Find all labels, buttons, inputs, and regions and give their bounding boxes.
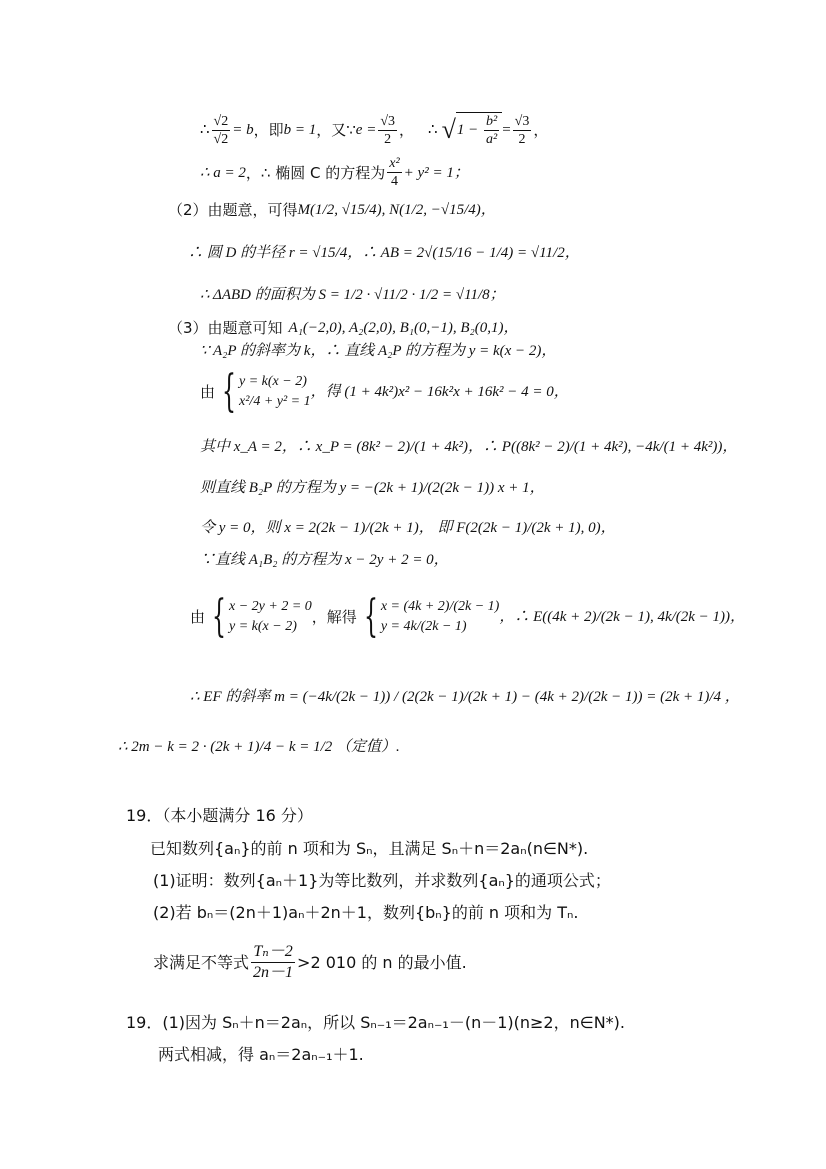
question-19-inequality: 求满足不等式 Tₙ－2 2n－1 >2 010 的 n 的最小值. [153,942,467,983]
equation-system-2: { x − 2y + 2 = 0 y = k(x − 2) [205,595,312,639]
fraction-sqrt2-over-sqrt2: √2 √2 [212,113,231,148]
answer-19-line1: 19．(1)因为 Sₙ＋n＝2aₙ，所以 Sₙ₋₁＝2aₙ₋₁－(n－1)(n≥… [126,1012,625,1034]
fraction-x2-over-4: x² 4 [387,155,401,190]
fraction-eccentricity: √3 2 [378,113,397,148]
part3-system-line: 由 { y = k(x − 2) x²/4 + y² = 1 ，得 (1 + 4… [200,370,569,414]
part3-ef-line: ∴ EF 的斜率 m = (−4k/(2k − 1)) / (2(2k − 1)… [190,687,740,707]
solution-system: { x = (4k + 2)/(2k − 1) y = 4k/(2k − 1) [357,595,500,639]
fraction-sqrt3-over-2: √3 2 [513,113,532,148]
part3-system2-line: 由 { x − 2y + 2 = 0 y = k(x − 2) ，解得 { x … [190,595,745,639]
answer-19-line2: 两式相减，得 aₙ＝2aₙ₋₁＋1. [158,1044,364,1066]
equals-b: = b [232,120,253,140]
inequality-fraction: Tₙ－2 2n－1 [251,942,295,983]
part2-radius-line: ∴ 圆 D 的半径 r = √15/4，∴ AB = 2√(15/16 − 1/… [188,243,580,263]
part3-label-line: （3）由题意可知 A₁(−2,0), A₂(2,0), B₁(0,−1), B₂… [168,318,519,338]
question-19-sub1: (1)证明：数列{aₙ＋1}为等比数列，并求数列{aₙ}的通项公式； [153,870,611,892]
part3-f-line: 令 y = 0，则 x = 2(2k − 1)/(2k + 1)， 即 F(2(… [200,518,616,538]
part3-a1b2-line: ∵直线 A₁B₂ 的方程为 x − 2y + 2 = 0， [200,550,449,570]
part3-final-line: ∴ 2m − k = 2 · (2k + 1)/4 − k = 1/2 （定值）… [118,737,400,757]
part3-slope-line: ∵ A₂P 的斜率为 k，∴ 直线 A₂P 的方程为 y = k(x − 2)， [200,341,556,361]
part3-b2p-line: 则直线 B₂P 的方程为 y = −(2k + 1)/(2(2k − 1)) x… [200,478,545,498]
part3-xp-line: 其中 x_A = 2，∴ x_P = (8k² − 2)/(1 + 4k²)，∴… [200,437,737,457]
sqrt-expression: √ 1 − b²a² [442,112,503,148]
part1-line2: ∴ a = 2 ，∴ 椭圆 C 的方程为 x² 4 + y² = 1； [200,155,469,190]
part2-label-line: （2）由题意，可得 M(1/2, √15/4), N(1/2, −√15/4)， [168,200,496,220]
part1-line1: ∴ √2 √2 = b ，即 b = 1 ，又∵ e = √3 2 ， ∴ √ … [200,112,548,148]
equation-system: { y = k(x − 2) x²/4 + y² = 1 [215,370,311,414]
part2-area-line: ∴ ΔABD 的面积为 S = 1/2 · √11/2 · 1/2 = √11/… [200,285,505,305]
question-19-stem: 已知数列{aₙ}的前 n 项和为 Sₙ，且满足 Sₙ＋n＝2aₙ(n∈N*). [150,838,588,860]
therefore-symbol: ∴ [200,120,210,140]
question-19-sub2: (2)若 bₙ＝(2n＋1)aₙ＋2n＋1，数列{bₙ}的前 n 项和为 Tₙ. [153,902,578,924]
question-19-header: 19．（本小题满分 16 分） [126,805,313,827]
